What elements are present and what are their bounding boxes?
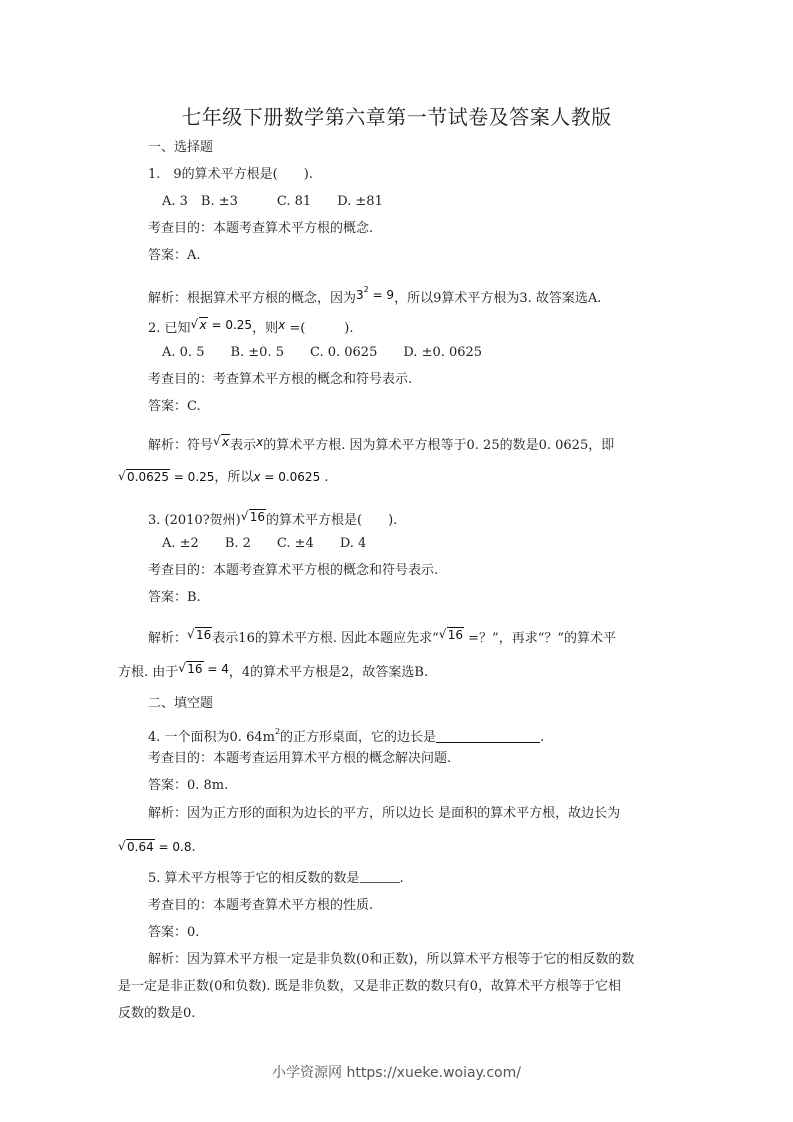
q1-options: A. 3 B. ±3 C. 81 D. ±81 <box>162 193 383 211</box>
q3-analysis-sqrt16-b: √16 <box>439 626 464 644</box>
q4-analysis-line2: √0.64 = 0.8. <box>118 838 196 857</box>
q2-stem-prefix: 2. 已知 <box>148 321 191 336</box>
q2-analysis-formula1: √0.0625 = 0.25 <box>118 468 214 486</box>
sqrt-symbol: √x <box>191 316 208 334</box>
q3-stem-sqrt: √16 <box>241 508 266 526</box>
q2-stem-mid: ，则 <box>252 321 278 336</box>
q3-purpose: 考查目的：本题考查算术平方根的概念和符号表示. <box>148 562 438 580</box>
q4-analysis-line2-end: . <box>192 840 196 855</box>
q4-stem-end: . <box>540 730 544 745</box>
radicand: 0.64 <box>126 839 155 854</box>
radicand: 16 <box>447 627 464 642</box>
formula-value: = 0.0625 <box>261 470 321 484</box>
q2-analysis-line2-end: . <box>324 470 328 485</box>
q4-stem-mid: 的正方形桌面，它的边长是 <box>280 730 436 745</box>
q1-analysis-suffix: ，所以9算术平方根为3. 故答案选A. <box>394 291 601 306</box>
q3-stem-prefix: 3. (2010?贺州) <box>148 513 241 528</box>
document-title: 七年级下册数学第六章第一节试卷及答案人教版 <box>0 104 793 130</box>
section-heading-choice: 一、选择题 <box>148 139 213 157</box>
q4-purpose: 考查目的：本题考查运用算术平方根的概念解决问题. <box>148 750 451 768</box>
q1-purpose: 考查目的：本题考查算术平方根的概念. <box>148 220 373 238</box>
q3-analysis-line1: 解析：√16表示16的算术平方根. 因此本题应先求“√16 =？”，再求“？”的… <box>148 626 616 648</box>
q2-analysis-line1: 解析：符号√x表示x的算术平方根. 因为算术平方根等于0. 25的数是0. 06… <box>148 433 614 455</box>
q2-analysis-mid2: 的算术平方根. 因为算术平方根等于0. 25的数是0. 0625，即 <box>263 438 614 453</box>
q5-stem-prefix: 5. 算术平方根等于它的相反数的数是 <box>148 871 360 886</box>
q2-analysis-prefix: 解析：符号 <box>148 438 213 453</box>
q3-analysis-formula: √16 = 4 <box>178 660 229 678</box>
q3-options: A. ±2 B. 2 C. ±4 D. 4 <box>162 535 366 553</box>
q4-stem-prefix: 4. 一个面积为0. 64m <box>148 730 275 745</box>
formula-rest: = 0.25 <box>208 318 252 332</box>
q2-analysis-mid1: 表示 <box>230 438 256 453</box>
q3-analysis-line2-suffix: ，4的算术平方根是2，故答案选B. <box>229 665 428 680</box>
q5-answer-blank[interactable] <box>360 870 400 883</box>
radicand: 16 <box>186 661 203 676</box>
formula-rest: = 9 <box>369 288 394 302</box>
formula-rest: = 4 <box>204 662 229 676</box>
radicand: 16 <box>249 509 266 524</box>
q2-analysis-formula2: x = 0.0625 <box>253 468 320 486</box>
q4-answer-blank[interactable] <box>436 728 540 743</box>
q5-purpose: 考查目的：本题考查算术平方根的性质. <box>148 897 373 915</box>
q3-analysis-mid2: =？”，再求“？”的算术平 <box>464 631 616 646</box>
q5-stem: 5. 算术平方根等于它的相反数的数是. <box>148 870 404 888</box>
section-heading-fill: 二、填空题 <box>148 695 213 713</box>
q2-stem-suffix: =( ). <box>285 321 353 336</box>
radicand: x <box>199 317 208 332</box>
q1-analysis-prefix: 解析：根据算术平方根的概念，因为 <box>148 291 356 306</box>
q3-answer: 答案：B. <box>148 589 201 607</box>
footer-watermark: 小学资源网 https://xueke.woiay.com/ <box>0 1062 793 1082</box>
q2-options: A. 0. 5 B. ±0. 5 C. 0. 0625 D. ±0. 0625 <box>162 344 482 362</box>
q4-answer: 答案：0. 8m. <box>148 777 228 795</box>
q2-analysis-line2: √0.0625 = 0.25，所以x = 0.0625 . <box>118 468 328 487</box>
q4-stem: 4. 一个面积为0. 64m2的正方形桌面，它的边长是. <box>148 723 544 747</box>
q5-analysis-line2: 是一定是非正数(0和负数). 既是非负数，又是非正数的数只有0，故算术平方根等于… <box>118 978 621 996</box>
q5-analysis-line1: 解析：因为算术平方根一定是非负数(0和正数)，所以算术平方根等于它的相反数的数 <box>148 951 634 969</box>
q1-stem: 1. 9的算术平方根是( ). <box>148 166 313 184</box>
radicand: 16 <box>195 627 212 642</box>
q3-analysis-mid1: 表示16的算术平方根. 因此本题应先求“ <box>212 631 438 646</box>
q4-analysis-formula: √0.64 = 0.8 <box>118 838 192 856</box>
q2-stem: 2. 已知√x = 0.25，则x =( ). <box>148 316 354 338</box>
radicand: 0.0625 <box>126 469 170 484</box>
q2-analysis-line2-mid: ，所以 <box>214 470 253 485</box>
formula-base: 3 <box>356 288 364 302</box>
q2-stem-formula: √x = 0.25 <box>191 316 253 334</box>
q2-purpose: 考查目的：考查算术平方根的概念和符号表示. <box>148 371 412 389</box>
q1-analysis: 解析：根据算术平方根的概念，因为32 = 9，所以9算术平方根为3. 故答案选A… <box>148 281 601 308</box>
q5-answer: 答案：0. <box>148 924 199 942</box>
q2-answer: 答案：C. <box>148 398 201 416</box>
formula-var: x <box>253 470 260 484</box>
q1-answer: 答案：A. <box>148 247 201 265</box>
q3-analysis-prefix: 解析： <box>148 631 187 646</box>
q5-analysis-line3: 反数的数是0. <box>118 1005 195 1023</box>
q1-analysis-formula: 32 = 9 <box>356 281 394 304</box>
q3-analysis-line2-prefix: 方根. 由于 <box>118 665 178 680</box>
formula-rest: = 0.8 <box>155 840 192 854</box>
q5-stem-end: . <box>400 871 404 886</box>
formula-rest: = 0.25 <box>170 470 214 484</box>
q4-analysis-line1: 解析：因为正方形的面积为边长的平方，所以边长 是面积的算术平方根，故边长为 <box>148 805 620 823</box>
q3-stem-suffix: 的算术平方根是( ). <box>266 513 397 528</box>
q3-analysis-sqrt16: √16 <box>187 626 212 644</box>
q3-analysis-line2: 方根. 由于√16 = 4，4的算术平方根是2，故答案选B. <box>118 660 428 682</box>
q3-stem: 3. (2010?贺州)√16的算术平方根是( ). <box>148 508 397 530</box>
q2-analysis-sqrt-x: √x <box>213 433 230 451</box>
radicand: x <box>221 434 230 449</box>
